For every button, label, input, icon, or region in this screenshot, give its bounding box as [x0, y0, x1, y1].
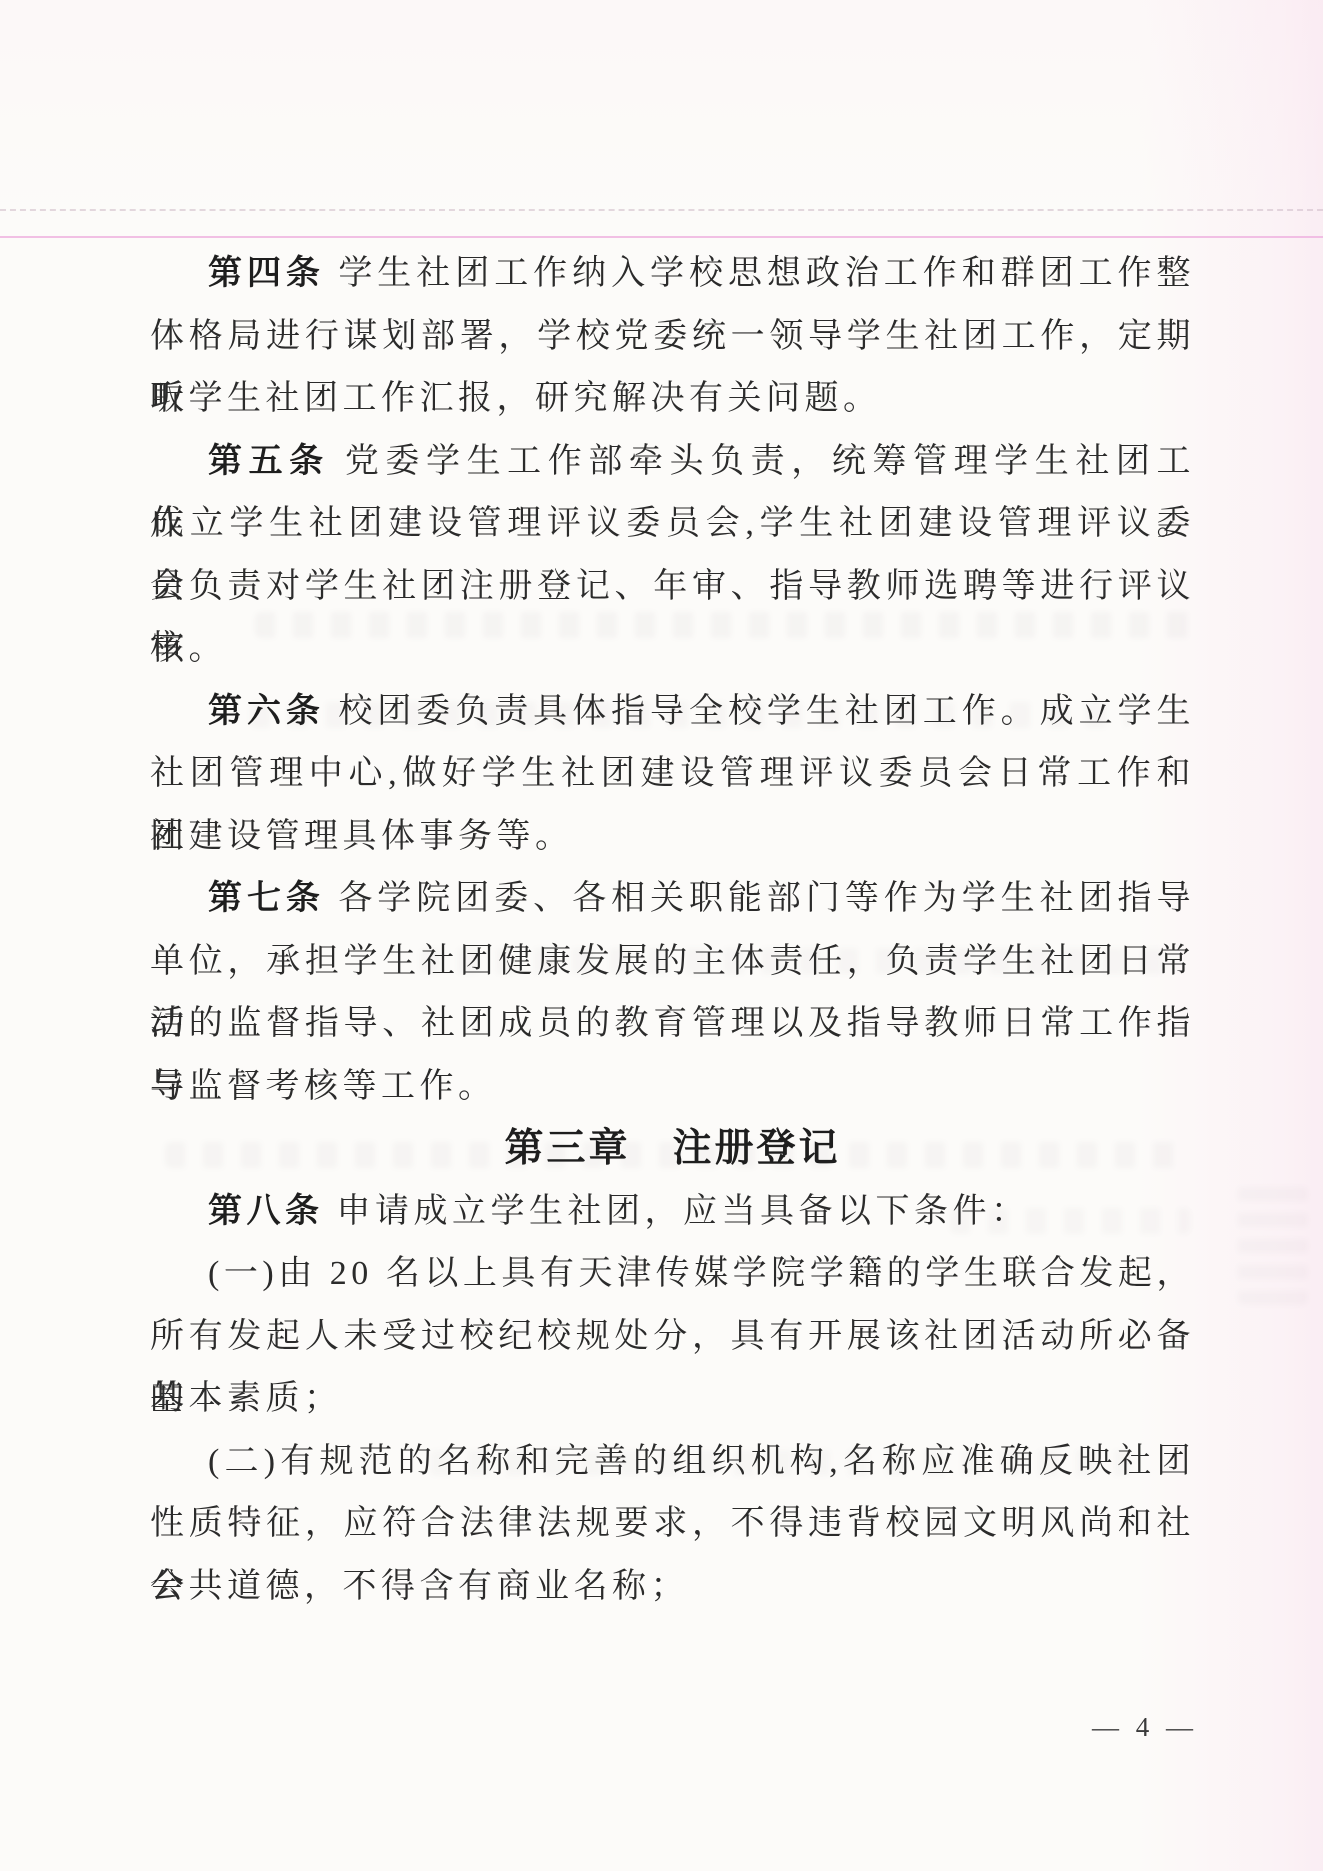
body-text: 各学院团委、各相关职能部门等作为学生社团指导 [325, 880, 1195, 917]
text-line: 性质特征，应符合法律法规要求，不得违背校园文明风尚和社会 [150, 1493, 1195, 1556]
text-line: 基本素质； [150, 1368, 1195, 1431]
body-text: 学生社团工作纳入学校思想政治工作和群团工作整 [325, 255, 1195, 292]
text-line: (二)有规范的名称和完善的组织机构,名称应准确反映社团 [150, 1431, 1195, 1494]
body-text: 与监督考核等工作。 [150, 1068, 497, 1105]
text-line: 第五条 党委学生工作部牵头负责，统筹管理学生社团工作。 [150, 431, 1195, 494]
text-line: 单位，承担学生社团健康发展的主体责任，负责学生社团日常活 [150, 931, 1195, 994]
text-line: 第八条 申请成立学生社团，应当具备以下条件： [150, 1181, 1195, 1244]
document-body: 第四条 学生社团工作纳入学校思想政治工作和群团工作整体格局进行谋划部署，学校党委… [150, 243, 1195, 1618]
text-line: 团建设管理具体事务等。 [150, 806, 1195, 869]
article-number: 第七条 [208, 880, 325, 917]
body-text: 公共道德，不得含有商业名称； [150, 1568, 689, 1605]
text-line: 成立学生社团建设管理评议委员会,学生社团建设管理评议委员 [150, 493, 1195, 556]
text-line: 第四条 学生社团工作纳入学校思想政治工作和群团工作整 [150, 243, 1195, 306]
body-text: 取学生社团工作汇报，研究解决有关问题。 [150, 380, 882, 417]
text-line: 第七条 各学院团委、各相关职能部门等作为学生社团指导 [150, 868, 1195, 931]
page-number: — 4 — [1075, 1707, 1215, 1747]
article-number: 第三章 注册登记 [504, 1127, 840, 1170]
body-text: (一)由 20 名以上具有天津传媒学院学籍的学生联合发起， [208, 1255, 1195, 1292]
article-number: 第六条 [208, 693, 325, 730]
text-line: 社团管理中心,做好学生社团建设管理评议委员会日常工作和社 [150, 743, 1195, 806]
text-line: (一)由 20 名以上具有天津传媒学院学籍的学生联合发起， [150, 1243, 1195, 1306]
text-line: 与监督考核等工作。 [150, 1056, 1195, 1119]
text-line: 取学生社团工作汇报，研究解决有关问题。 [150, 368, 1195, 431]
body-text: (二)有规范的名称和完善的组织机构,名称应准确反映社团 [208, 1443, 1195, 1480]
body-text: 核。 [150, 630, 227, 667]
text-line: 公共道德，不得含有商业名称； [150, 1556, 1195, 1619]
scan-artifact-pink-line [0, 236, 1323, 238]
article-number: 第五条 [208, 443, 330, 480]
bleedthrough-smudge [1238, 1185, 1308, 1305]
article-number: 第八条 [208, 1193, 324, 1230]
body-text: 团建设管理具体事务等。 [150, 818, 574, 855]
body-text: 申请成立学生社团，应当具备以下条件： [324, 1193, 1030, 1230]
chapter-heading: 第三章 注册登记 [150, 1118, 1195, 1181]
article-number: 第四条 [208, 255, 325, 292]
body-text: 基本素质； [150, 1380, 343, 1417]
body-text: 校团委负责具体指导全校学生社团工作。成立学生 [325, 693, 1195, 730]
text-line: 所有发起人未受过校纪校规处分，具有开展该社团活动所必备的 [150, 1306, 1195, 1369]
text-line: 会负责对学生社团注册登记、年审、指导教师选聘等进行评议审 [150, 556, 1195, 619]
text-line: 动的监督指导、社团成员的教育管理以及指导教师日常工作指导 [150, 993, 1195, 1056]
text-line: 体格局进行谋划部署，学校党委统一领导学生社团工作，定期听 [150, 306, 1195, 369]
text-line: 核。 [150, 618, 1195, 681]
text-line: 第六条 校团委负责具体指导全校学生社团工作。成立学生 [150, 681, 1195, 744]
scan-artifact-dotted-line [0, 209, 1323, 211]
